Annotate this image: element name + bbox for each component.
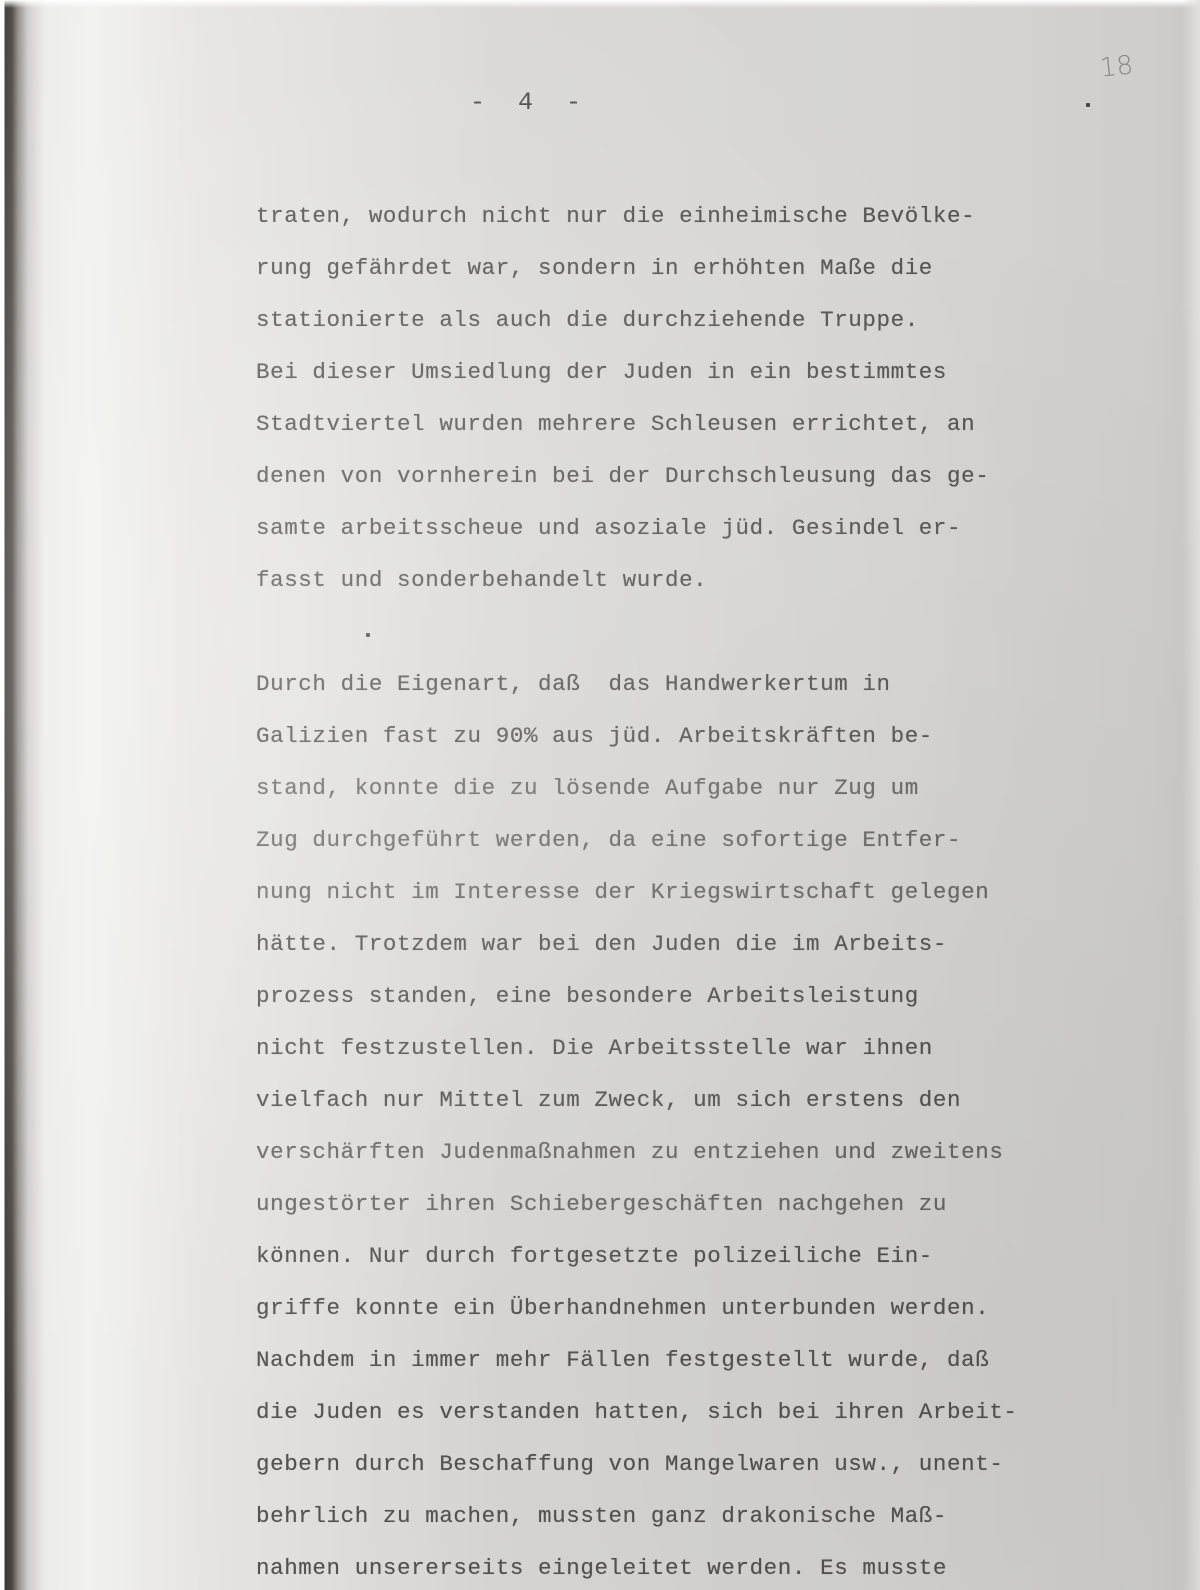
- text-line: die Juden es verstanden hatten, sich bei…: [256, 1386, 1156, 1438]
- typewritten-body: traten, wodurch nicht nur die einheimisc…: [256, 190, 1156, 1590]
- text-line: nung nicht im Interesse der Kriegswirtsc…: [256, 866, 1156, 918]
- text-line: nicht festzustellen. Die Arbeitsstelle w…: [256, 1022, 1156, 1074]
- text-line: Durch die Eigenart, daß das Handwerkertu…: [256, 658, 1156, 710]
- text-line: denen von vornherein bei der Durchschleu…: [256, 450, 1156, 502]
- text-line: Nachdem in immer mehr Fällen festgestell…: [256, 1334, 1156, 1386]
- text-line: stationierte als auch die durchziehende …: [256, 294, 1156, 346]
- paragraph-1: traten, wodurch nicht nur die einheimisc…: [256, 190, 1156, 606]
- text-line: vielfach nur Mittel zum Zweck, um sich e…: [256, 1074, 1156, 1126]
- page-top-edge: [0, 0, 1200, 8]
- text-line: Stadtviertel wurden mehrere Schleusen er…: [256, 398, 1156, 450]
- text-line: Galizien fast zu 90% aus jüd. Arbeitskrä…: [256, 710, 1156, 762]
- text-line: hätte. Trotzdem war bei den Juden die im…: [256, 918, 1156, 970]
- text-line: ungestörter ihren Schiebergeschäften nac…: [256, 1178, 1156, 1230]
- text-line: rung gefährdet war, sondern in erhöhten …: [256, 242, 1156, 294]
- text-line: fasst und sonderbehandelt wurde.: [256, 554, 1156, 606]
- document-page: - 4 - 18 traten, wodurch nicht nur die e…: [0, 0, 1200, 1590]
- text-line: Bei dieser Umsiedlung der Juden in ein b…: [256, 346, 1156, 398]
- text-line: prozess standen, eine besondere Arbeitsl…: [256, 970, 1156, 1022]
- text-line: können. Nur durch fortgesetzte polizeili…: [256, 1230, 1156, 1282]
- text-line: stand, konnte die zu lösende Aufgabe nur…: [256, 762, 1156, 814]
- page-number: - 4 -: [470, 88, 583, 117]
- text-line: samte arbeitsscheue und asoziale jüd. Ge…: [256, 502, 1156, 554]
- paragraph-2: Durch die Eigenart, daß das Handwerkertu…: [256, 658, 1156, 1590]
- text-line: verschärften Judenmaßnahmen zu entziehen…: [256, 1126, 1156, 1178]
- paragraph-gap: [256, 606, 1156, 658]
- text-line: nahmen unsererseits eingeleitet werden. …: [256, 1542, 1156, 1590]
- text-line: griffe konnte ein Überhandnehmen unterbu…: [256, 1282, 1156, 1334]
- text-line: behrlich zu machen, mussten ganz drakoni…: [256, 1490, 1156, 1542]
- text-line: traten, wodurch nicht nur die einheimisc…: [256, 190, 1156, 242]
- text-line: gebern durch Beschaffung von Mangelwaren…: [256, 1438, 1156, 1490]
- stray-mark: [1086, 103, 1090, 107]
- page-right-edge: [1182, 0, 1200, 1590]
- handwritten-archive-number: 18: [1099, 50, 1135, 83]
- text-line: Zug durchgeführt werden, da eine soforti…: [256, 814, 1156, 866]
